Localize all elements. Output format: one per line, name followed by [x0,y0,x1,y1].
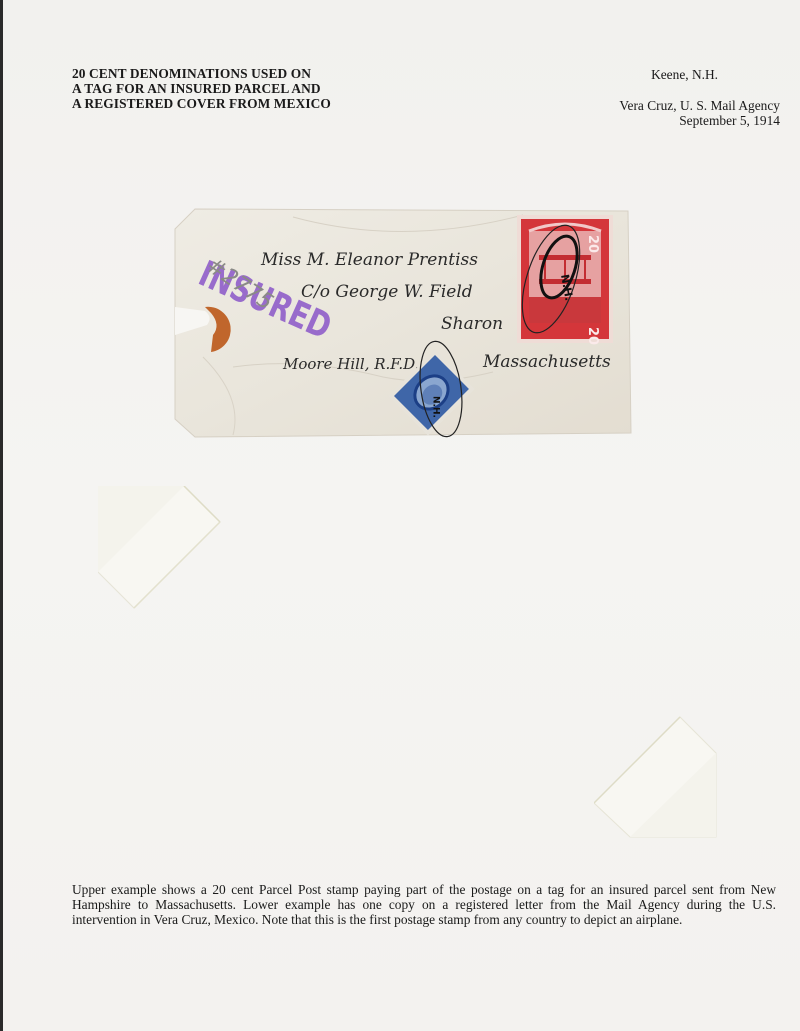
svg-text:20: 20 [585,235,600,253]
address-line: Massachusetts [482,352,611,372]
insured-parcel-tag: INSURED #2775 Miss M. Eleanor Prentiss C… [173,207,633,439]
address-line: C/o George W. Field [301,282,473,302]
title-line: A REGISTERED COVER FROM MEXICO [72,96,331,111]
title-line: A TAG FOR AN INSURED PARCEL AND [72,81,331,96]
address-line: Sharon [441,314,503,334]
page-title: 20 CENT DENOMINATIONS USED ON A TAG FOR … [72,66,331,111]
svg-text:20: 20 [585,327,600,345]
lower-item-date: September 5, 1914 [619,113,780,128]
photo-mount-corner-bottom-right [594,713,718,844]
title-line: 20 CENT DENOMINATIONS USED ON [72,66,331,81]
lower-item-info: Vera Cruz, U. S. Mail Agency September 5… [619,98,780,128]
photo-mount-corner-top-left [98,486,222,617]
parcel-post-airplane-stamp: 20 20 N.H. [511,215,613,345]
page-caption: Upper example shows a 20 cent Parcel Pos… [72,882,776,928]
return-line: Moore Hill, R.F.D. [282,355,419,373]
address-line: Miss M. Eleanor Prentiss [260,250,478,270]
lower-item-origin: Vera Cruz, U. S. Mail Agency [619,98,780,113]
svg-text:N.H.: N.H. [431,396,441,418]
upper-item-origin: Keene, N.H. [651,67,718,82]
